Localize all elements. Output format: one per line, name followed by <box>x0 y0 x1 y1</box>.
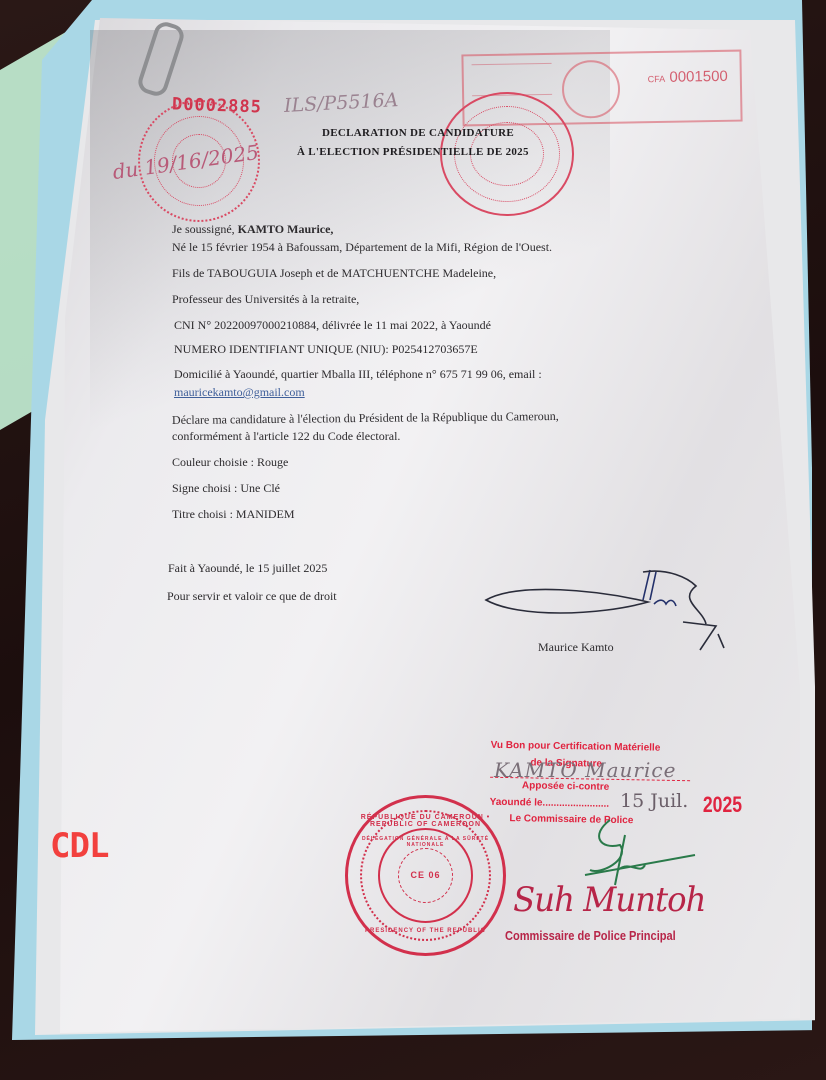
sign-line: Signe choisi : Une Clé <box>172 481 280 495</box>
document-title-line-1: DECLARATION DE CANDIDATURE <box>322 127 514 140</box>
birth-line: Né le 15 février 1954 à Bafoussam, Dépar… <box>172 240 552 254</box>
declaration-line-2: conformément à l'article 122 du Code éle… <box>172 429 400 443</box>
certification-handwritten-name: KAMTO Maurice <box>494 758 676 782</box>
party-line: Titre choisi : MANIDEM <box>172 507 295 521</box>
meter-stamp-seal-icon <box>562 60 621 119</box>
meter-stamp-amount: CFA 0001500 <box>648 68 728 86</box>
niu-line: NUMERO IDENTIFIANT UNIQUE (NIU): P025412… <box>174 342 478 356</box>
document-title-line-2: À L'ELECTION PRÉSIDENTIELLE DE 2025 <box>297 146 529 159</box>
parents-line: Fils de TABOUGUIA Joseph et de MATCHUENT… <box>172 266 496 280</box>
commissioner-title: Commissaire de Police Principal <box>505 928 676 943</box>
intro-line: Je soussigné, KAMTO Maurice, <box>172 222 333 236</box>
email-link[interactable]: mauricekamto@gmail.com <box>174 385 305 399</box>
cdl-watermark: CDL <box>50 826 108 866</box>
commissioner-name: Suh Muntoh <box>513 880 705 920</box>
candidate-name: KAMTO Maurice, <box>238 222 334 236</box>
closing-line: Pour servir et valoir ce que de droit <box>167 589 337 603</box>
certification-handwritten-date: 15 Juil. <box>620 790 688 812</box>
color-line: Couleur choisie : Rouge <box>172 455 288 469</box>
cni-line: CNI N° 20220097000210884, délivrée le 11… <box>174 318 491 332</box>
official-seal: RÉPUBLIQUE DU CAMEROUN • REPUBLIC OF CAM… <box>345 795 506 956</box>
domicile-line: Domicilié à Yaoundé, quartier Mballa III… <box>174 367 542 381</box>
signatory-name: Maurice Kamto <box>538 640 614 655</box>
profession-line: Professeur des Universités à la retraite… <box>172 292 359 306</box>
place-date-line: Fait à Yaoundé, le 15 juillet 2025 <box>168 561 327 575</box>
